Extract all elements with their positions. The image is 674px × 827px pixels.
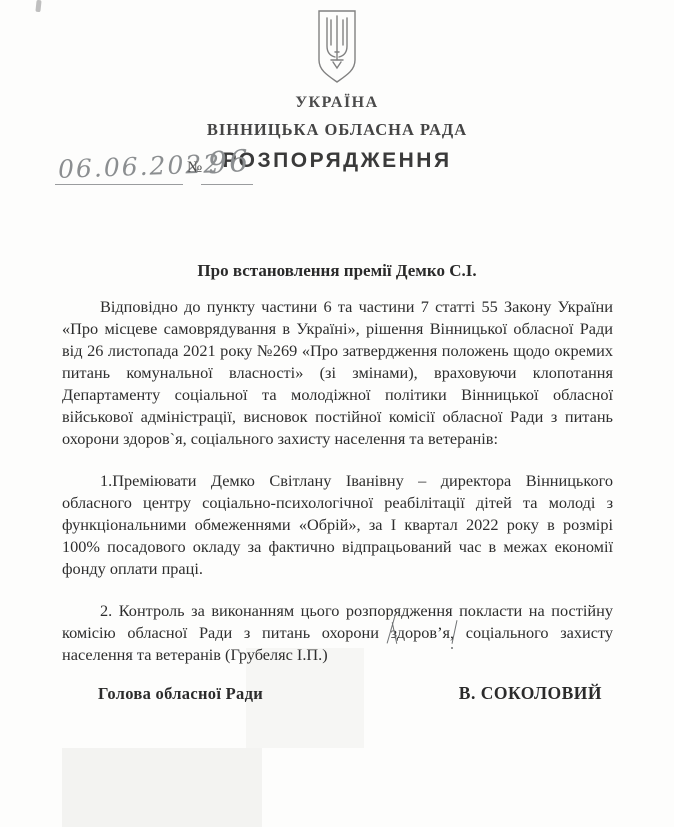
organization-name: ВІННИЦЬКА ОБЛАСНА РАДА: [0, 120, 674, 140]
ukraine-trident-emblem-icon: [310, 8, 364, 86]
signature-row: Голова обласної Ради В. СОКОЛОВИЙ: [62, 683, 612, 704]
paragraph-preamble: Відповідно до пункту частини 6 та частин…: [62, 296, 613, 450]
scan-shadow: [62, 748, 262, 827]
document-body: Відповідно до пункту частини 6 та частин…: [62, 296, 613, 666]
scanned-document-page: УКРАЇНА ВІННИЦЬКА ОБЛАСНА РАДА РОЗПОРЯДЖ…: [0, 0, 674, 827]
date-underline: [55, 184, 183, 185]
handwritten-document-number: 96: [207, 144, 252, 182]
paragraph-item-2: 2. Контроль за виконанням цього розпоряд…: [62, 600, 613, 666]
paragraph-item-1: 1.Преміювати Демко Світлану Іванівну – д…: [62, 470, 613, 580]
document-title: Про встановлення премії Демко С.І.: [0, 261, 674, 281]
date-number-line: 06.06.2022 № 96: [0, 144, 674, 194]
country-name: УКРАЇНА: [0, 94, 674, 112]
signer-name: В. СОКОЛОВИЙ: [459, 683, 602, 704]
number-sign: №: [187, 159, 202, 177]
number-underline: [201, 184, 253, 185]
signer-position: Голова обласної Ради: [98, 684, 263, 704]
